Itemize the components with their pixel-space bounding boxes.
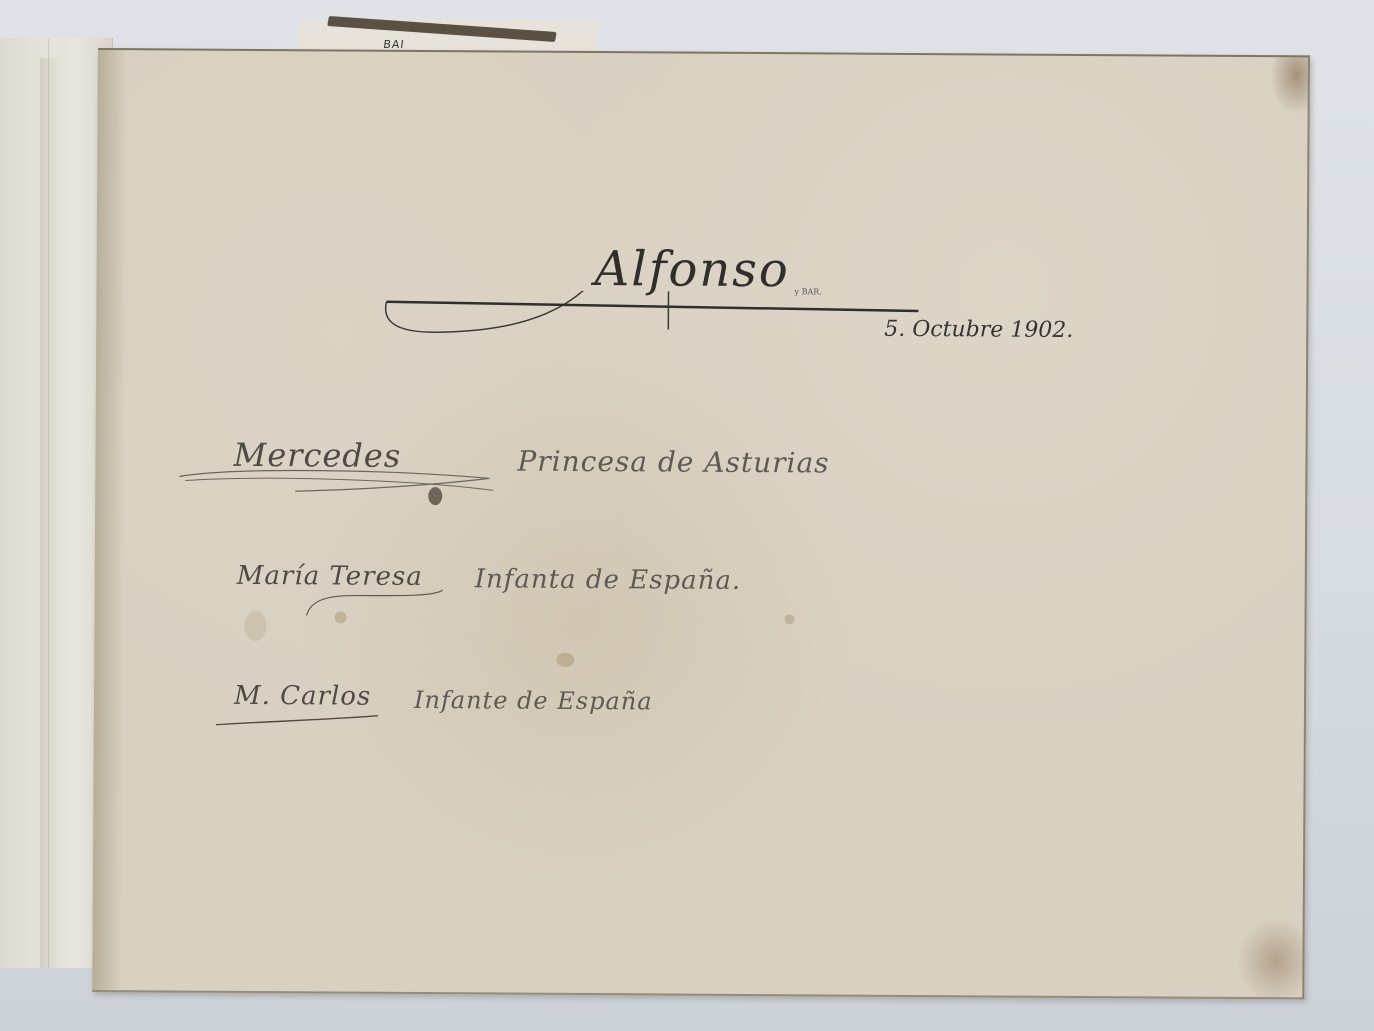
signature-rubric bbox=[382, 290, 922, 353]
title-infante-de-espana: Infante de España bbox=[414, 686, 653, 715]
signature-underline bbox=[214, 713, 384, 734]
title-infanta-de-espana: Infanta de España. bbox=[475, 564, 742, 596]
gutter-shadow bbox=[40, 58, 62, 968]
signature-underline bbox=[295, 581, 455, 622]
signature-alfonso: Alfonso bbox=[594, 241, 789, 298]
foxing-spot bbox=[244, 611, 266, 641]
photo-scene: BAI Alfonso y BAR. 5. Octubre 1902. Merc… bbox=[0, 0, 1374, 1031]
signature-annotation: y BAR. bbox=[794, 287, 821, 296]
signature-underline bbox=[175, 462, 505, 504]
album-page: Alfonso y BAR. 5. Octubre 1902. Mercedes… bbox=[92, 48, 1310, 999]
foxing-spot bbox=[556, 653, 574, 667]
signature-carlos: M. Carlos bbox=[234, 681, 371, 712]
ink-band bbox=[327, 16, 556, 42]
foxing-spot bbox=[784, 614, 794, 624]
page-gutter-shadow bbox=[92, 50, 128, 990]
corner-stain-top-right bbox=[1270, 57, 1308, 115]
signature-date: 5. Octubre 1902. bbox=[884, 317, 1073, 343]
title-princesa-de-asturias: Princesa de Asturias bbox=[517, 445, 829, 480]
corner-stain-bottom-right bbox=[1236, 917, 1302, 997]
